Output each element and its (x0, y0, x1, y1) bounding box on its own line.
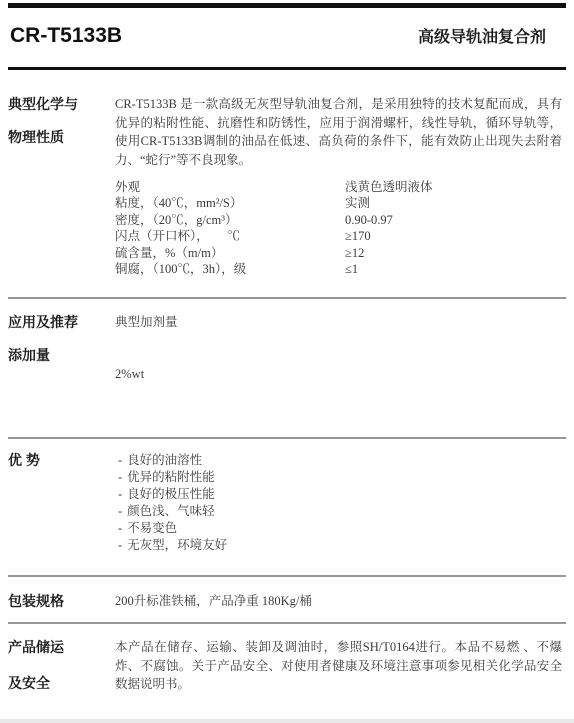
property-value: ≤1 (345, 261, 562, 277)
page-bottom-edge (0, 719, 574, 723)
property-value: 实测 (345, 195, 562, 211)
properties-table: 外观 浅黄色透明液体 粘度，（40℃，mm²/S） 实测 密度，（20℃，g/c… (115, 179, 562, 277)
table-row: 铜腐，（100℃，3h），级 ≤1 (115, 261, 562, 277)
dosage-value: 2%wt (115, 365, 562, 384)
storage-text: 本产品在储存、运输、装卸及调油时，参照SH/T0164进行。本品不易燃 、不爆炸… (115, 638, 562, 694)
property-value: ≥170 (345, 228, 562, 244)
section-storage-content: 本产品在储存、运输、装卸及调油时，参照SH/T0164进行。本品不易燃 、不爆炸… (115, 638, 562, 694)
property-label: 密度，（20℃，g/cm³） (115, 212, 345, 228)
section-heading-line2: 及安全 (8, 674, 115, 693)
header-rule (8, 67, 566, 70)
list-item-text: 优异的粘附性能 (127, 470, 215, 484)
list-bullet: - (118, 486, 122, 503)
table-row: 闪点（开口杯）， ℃ ≥170 (115, 228, 562, 244)
product-description: CR-T5133B 是一款高级无灰型导轨油复合剂，是采用独特的技术复配而成，具有… (115, 95, 562, 169)
section-properties-heading: 典型化学与 物理性质 (8, 95, 115, 169)
product-title: 高级导轨油复合剂 (418, 24, 546, 47)
section-heading-line1: 典型化学与 (8, 95, 115, 114)
section-heading-line1: 包装规格 (8, 592, 115, 611)
list-item: -优异的粘附性能 (118, 469, 562, 486)
section-advantages-heading: 优 势 (8, 451, 115, 470)
section-divider (8, 297, 566, 299)
property-value: 0.90-0.97 (345, 212, 562, 228)
property-label: 铜腐，（100℃，3h），级 (115, 261, 345, 277)
list-item: -良好的极压性能 (118, 486, 562, 503)
advantages-list: -良好的油溶性 -优异的粘附性能 -良好的极压性能 -颜色浅、气味轻 -不易变色… (118, 452, 562, 554)
top-rule (8, 3, 566, 8)
list-item-text: 良好的极压性能 (127, 487, 215, 501)
list-item-text: 颜色浅、气味轻 (127, 504, 215, 518)
header: CR-T5133B 高级导轨油复合剂 (10, 24, 546, 48)
list-bullet: - (118, 452, 122, 469)
list-bullet: - (118, 469, 122, 486)
list-item: -无灰型，环境友好 (118, 537, 562, 554)
list-bullet: - (118, 520, 122, 537)
list-item: -颜色浅、气味轻 (118, 503, 562, 520)
property-value: 浅黄色透明液体 (345, 179, 562, 195)
table-row: 密度，（20℃，g/cm³） 0.90-0.97 (115, 212, 562, 228)
property-value: ≥12 (345, 245, 562, 261)
list-bullet: - (118, 503, 122, 520)
section-divider (8, 437, 566, 439)
datasheet-page: CR-T5133B 高级导轨油复合剂 典型化学与 物理性质 CR-T5133B … (0, 0, 574, 723)
application-body-title: 典型加剂量 (115, 313, 562, 332)
section-packaging: 包装规格 200升标准铁桶，产品净重 180Kg/桶 (8, 592, 562, 611)
list-item-text: 良好的油溶性 (127, 453, 202, 467)
product-code: CR-T5133B (10, 24, 122, 48)
packaging-text: 200升标准铁桶，产品净重 180Kg/桶 (115, 592, 562, 611)
table-row: 粘度，（40℃，mm²/S） 实测 (115, 195, 562, 211)
section-divider (8, 575, 566, 577)
section-heading-line1: 优 势 (8, 451, 115, 470)
section-packaging-content: 200升标准铁桶，产品净重 180Kg/桶 (115, 592, 562, 611)
section-properties: 典型化学与 物理性质 CR-T5133B 是一款高级无灰型导轨油复合剂，是采用独… (8, 95, 562, 169)
section-heading-line1: 应用及推荐 (8, 313, 115, 332)
list-item-text: 不易变色 (127, 521, 177, 535)
table-row: 外观 浅黄色透明液体 (115, 179, 562, 195)
list-item: -良好的油溶性 (118, 452, 562, 469)
property-label: 硫含量，%（m/m） (115, 245, 345, 261)
property-label: 粘度，（40℃，mm²/S） (115, 195, 345, 211)
section-heading-line2: 添加量 (8, 346, 115, 365)
section-properties-content: CR-T5133B 是一款高级无灰型导轨油复合剂，是采用独特的技术复配而成，具有… (115, 95, 562, 169)
list-item: -不易变色 (118, 520, 562, 537)
list-bullet: - (118, 537, 122, 554)
section-application-content: 典型加剂量 2%wt (115, 313, 562, 383)
property-label: 闪点（开口杯）， ℃ (115, 228, 345, 244)
section-application-heading: 应用及推荐 添加量 (8, 313, 115, 383)
section-packaging-heading: 包装规格 (8, 592, 115, 611)
section-application: 应用及推荐 添加量 典型加剂量 2%wt (8, 313, 562, 383)
section-divider (8, 622, 566, 624)
list-item-text: 无灰型，环境友好 (127, 538, 227, 552)
section-heading-line1: 产品储运 (8, 638, 115, 657)
property-label: 外观 (115, 179, 345, 195)
section-heading-line2: 物理性质 (8, 128, 115, 147)
section-storage: 产品储运 及安全 本产品在储存、运输、装卸及调油时，参照SH/T0164进行。本… (8, 638, 562, 694)
section-storage-heading: 产品储运 及安全 (8, 638, 115, 694)
table-row: 硫含量，%（m/m） ≥12 (115, 245, 562, 261)
